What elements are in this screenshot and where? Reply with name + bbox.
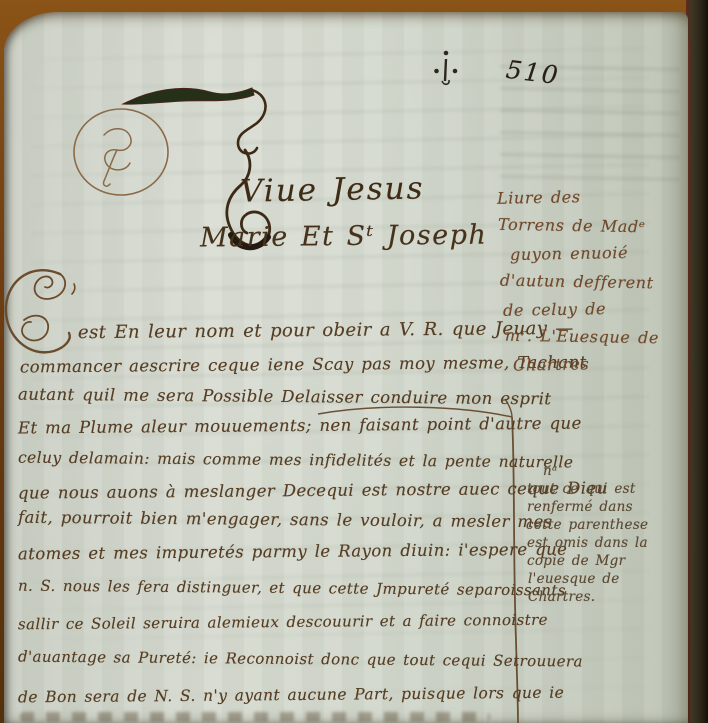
margin-note-line: d'autun defferent xyxy=(500,271,654,293)
initial-letter-c xyxy=(6,270,75,352)
margin-note-line: l'euesque de xyxy=(528,571,619,587)
heading-marie-joseph: Marie Et Sᵗ Joseph xyxy=(200,219,488,253)
margin-note-line: Chartres xyxy=(513,354,590,374)
body-text-line: est En leur nom et pour obeir a V. R. qu… xyxy=(78,318,574,343)
margin-note-line: copie de Mgr xyxy=(527,553,625,569)
margin-note-line: cette parenthese xyxy=(526,517,648,533)
heading-vive-jesus: Viue Jesus xyxy=(240,170,425,209)
margin-note-line: nᵃ xyxy=(543,463,557,479)
margin-note-line: Liure des xyxy=(497,187,581,207)
margin-note-line: tout ce qui est xyxy=(527,481,636,497)
margin-note-line: de celuy de xyxy=(503,299,606,320)
cut-off-bottom-line xyxy=(20,712,490,722)
margin-note-line: Chartres. xyxy=(528,589,595,605)
margin-note-line: est omis dans la xyxy=(527,535,648,551)
margin-rule xyxy=(318,399,518,723)
margin-note-line: Torrens de Madᵉ xyxy=(498,215,646,237)
manuscript-photo: 510 Viue Jesus Marie Et Sᵗ Joseph est En… xyxy=(0,0,708,723)
cross-mark-icon xyxy=(435,51,457,84)
monogram-circle xyxy=(74,109,168,195)
margin-note-line: mʳ. L'Euesque de xyxy=(505,326,659,348)
margin-note-line: renfermé dans xyxy=(527,499,633,515)
margin-note-line: guyon enuoié xyxy=(510,243,628,264)
